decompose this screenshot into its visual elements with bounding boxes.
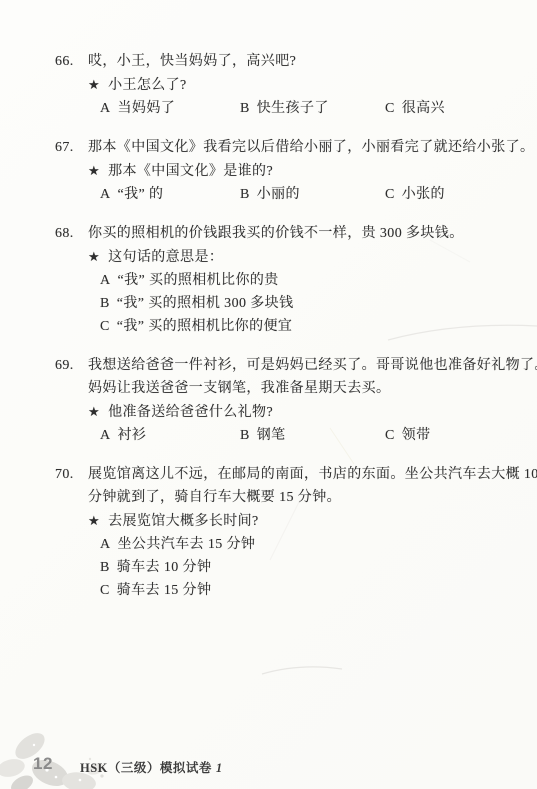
question-69: 69. 我想送给爸爸一件衬衫，可是妈妈已经买了。哥哥说他也准备好礼物了。 妈妈让… (55, 354, 531, 447)
option-label: C (385, 183, 395, 206)
option-c: C “我” 买的照相机比你的便宜 (55, 315, 531, 338)
questions-area: 66. 哎，小王，快当妈妈了，高兴吧? ★ 小王怎么了? A 当妈妈了 B 快生… (55, 50, 531, 618)
question-body-line: 妈妈让我送爸爸一支钢笔，我准备星期天去买。 (88, 377, 390, 400)
option-text: “我” 买的照相机 300 多块钱 (117, 292, 294, 315)
page-number: 12 (33, 754, 53, 774)
star-question: 那本《中国文化》是谁的? (108, 160, 273, 183)
question-body-line: 分钟就到了，骑自行车大概要 15 分钟。 (88, 486, 341, 509)
option-a: A 当妈妈了 (100, 97, 240, 120)
option-text: “我” 买的照相机比你的贵 (118, 269, 279, 292)
question-68: 68. 你买的照相机的价钱跟我买的价钱不一样，贵 300 多块钱。 ★ 这句话的… (55, 222, 531, 338)
page-footer: 12 HSK（三级）模拟试卷1 (0, 752, 537, 778)
star-question: 去展览馆大概多长时间? (108, 510, 259, 533)
option-label: B (240, 424, 250, 447)
option-c: C 小张的 (385, 183, 445, 206)
star-icon: ★ (88, 73, 100, 96)
option-text: 骑车去 15 分钟 (117, 579, 212, 602)
option-label: A (100, 97, 111, 120)
star-icon: ★ (88, 509, 100, 532)
option-a: A “我” 的 (100, 183, 240, 206)
option-text: 坐公共汽车去 15 分钟 (118, 533, 256, 556)
option-text: 钢笔 (257, 424, 286, 447)
volume-number: 1 (216, 761, 223, 775)
question-number: 66. (55, 50, 88, 73)
star-question: 小王怎么了? (108, 74, 187, 97)
star-icon: ★ (88, 245, 100, 268)
booklet-title-text: HSK（三级）模拟试卷 (80, 761, 212, 775)
question-body-line: 我想送给爸爸一件衬衫，可是妈妈已经买了。哥哥说他也准备好礼物了。 (88, 354, 537, 377)
question-body-line: 那本《中国文化》我看完以后借给小丽了，小丽看完了就还给小张了。 (88, 136, 534, 159)
question-body-line: 你买的照相机的价钱跟我买的价钱不一样，贵 300 多块钱。 (88, 222, 531, 245)
option-label: A (100, 533, 111, 556)
star-question: 他准备送给爸爸什么礼物? (108, 401, 273, 424)
options-row: A 当妈妈了 B 快生孩子了 C 很高兴 (55, 97, 531, 120)
option-label: C (100, 579, 110, 602)
option-label: A (100, 424, 111, 447)
option-a: A “我” 买的照相机比你的贵 (55, 269, 531, 292)
option-a: A 坐公共汽车去 15 分钟 (55, 533, 531, 556)
option-text: 小丽的 (257, 183, 300, 206)
option-a: A 衬衫 (100, 424, 240, 447)
option-text: 小张的 (402, 183, 445, 206)
question-number: 69. (55, 354, 88, 377)
option-label: C (100, 315, 110, 338)
star-icon: ★ (88, 159, 100, 182)
option-label: B (240, 183, 250, 206)
star-icon: ★ (88, 400, 100, 423)
option-b: B 快生孩子了 (240, 97, 385, 120)
question-number: 68. (55, 222, 88, 245)
option-text: “我” 买的照相机比你的便宜 (117, 315, 293, 338)
option-label: A (100, 183, 111, 206)
option-label: B (100, 292, 110, 315)
option-c: C 很高兴 (385, 97, 445, 120)
option-b: B 骑车去 10 分钟 (55, 556, 531, 579)
option-text: 领带 (402, 424, 431, 447)
option-text: 快生孩子了 (257, 97, 329, 120)
option-b: B “我” 买的照相机 300 多块钱 (55, 292, 531, 315)
option-label: A (100, 269, 111, 292)
star-question: 这句话的意思是： (108, 246, 223, 269)
option-text: 衬衫 (118, 424, 147, 447)
options-row: A 衬衫 B 钢笔 C 领带 (55, 424, 531, 447)
option-b: B 小丽的 (240, 183, 385, 206)
question-body-line: 哎，小王，快当妈妈了，高兴吧? (88, 50, 531, 73)
option-text: 骑车去 10 分钟 (117, 556, 212, 579)
option-label: B (100, 556, 110, 579)
option-b: B 钢笔 (240, 424, 385, 447)
scanned-test-page: 66. 哎，小王，快当妈妈了，高兴吧? ★ 小王怎么了? A 当妈妈了 B 快生… (0, 0, 537, 789)
option-label: C (385, 97, 395, 120)
question-number: 70. (55, 463, 88, 486)
question-66: 66. 哎，小王，快当妈妈了，高兴吧? ★ 小王怎么了? A 当妈妈了 B 快生… (55, 50, 531, 120)
option-text: 很高兴 (402, 97, 445, 120)
question-body-line: 展览馆离这儿不远，在邮局的南面，书店的东面。坐公共汽车去大概 10 (88, 463, 537, 486)
option-label: C (385, 424, 395, 447)
option-text: 当妈妈了 (118, 97, 176, 120)
option-text: “我” 的 (118, 183, 164, 206)
question-70: 70. 展览馆离这儿不远，在邮局的南面，书店的东面。坐公共汽车去大概 10 分钟… (55, 463, 531, 602)
question-number: 67. (55, 136, 88, 159)
options-row: A “我” 的 B 小丽的 C 小张的 (55, 183, 531, 206)
question-67: 67. 那本《中国文化》我看完以后借给小丽了，小丽看完了就还给小张了。 ★ 那本… (55, 136, 531, 206)
option-label: B (240, 97, 250, 120)
option-c: C 领带 (385, 424, 431, 447)
booklet-title: HSK（三级）模拟试卷1 (80, 758, 223, 776)
option-c: C 骑车去 15 分钟 (55, 579, 531, 602)
